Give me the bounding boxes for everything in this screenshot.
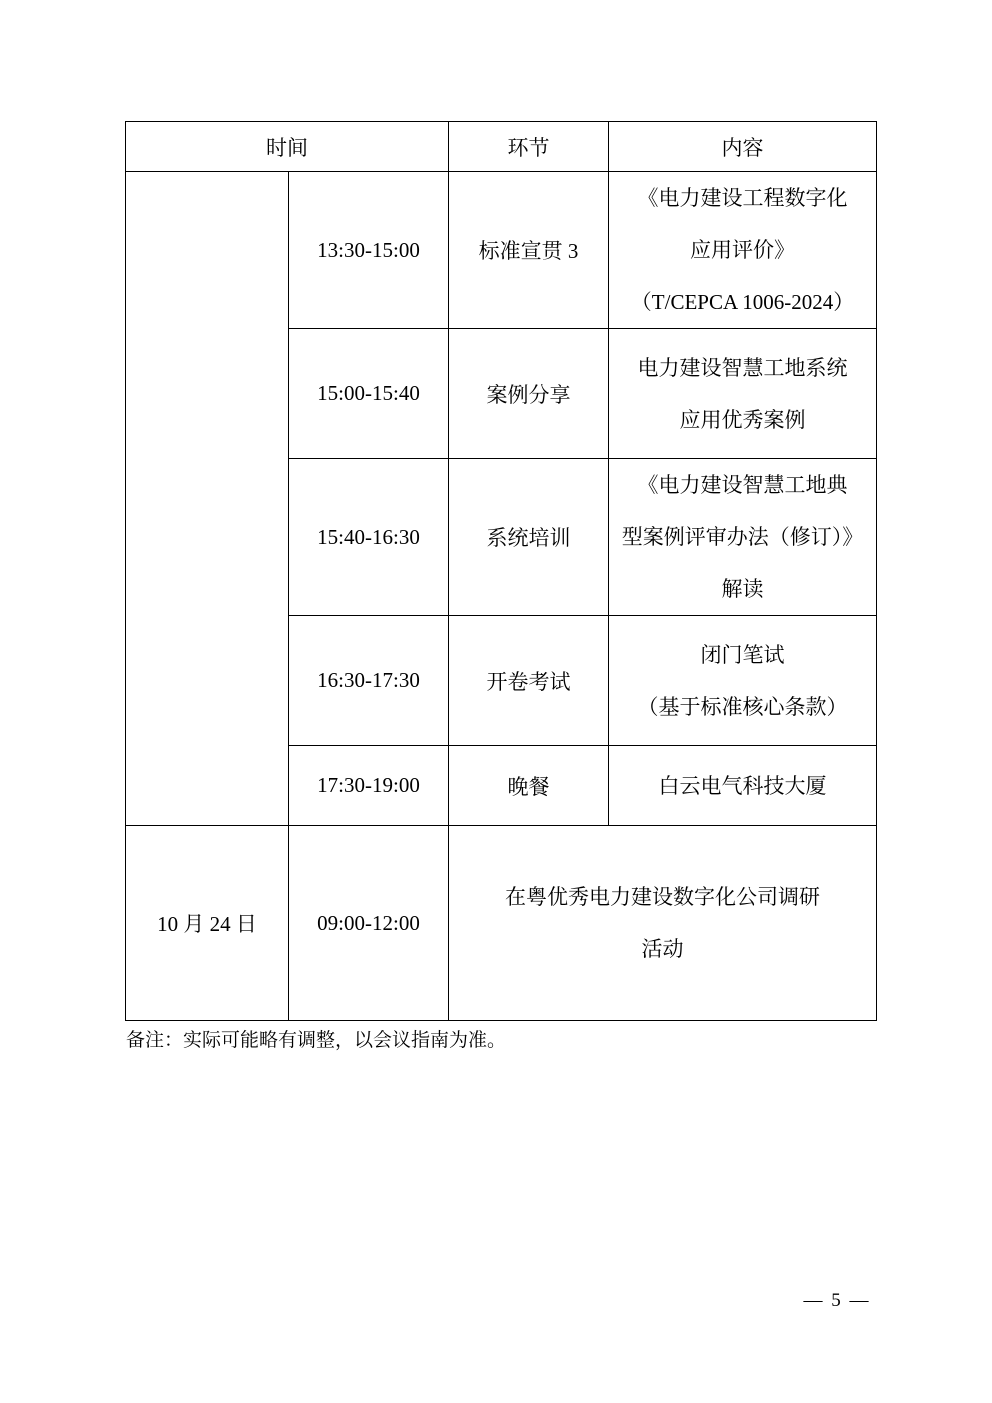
time-cell: 15:00-15:40 [289, 329, 449, 459]
time-cell: 16:30-17:30 [289, 616, 449, 746]
content-cell: 《电力建设智慧工地典型案例评审办法（修订）》解读 [609, 459, 877, 616]
session-cell: 晚餐 [449, 746, 609, 826]
page-number: — 5 — [772, 1290, 902, 1312]
session-cell: 标准宣贯 3 [449, 172, 609, 329]
content-cell: 电力建设智慧工地系统应用优秀案例 [609, 329, 877, 459]
time-cell: 13:30-15:00 [289, 172, 449, 329]
time-cell: 09:00-12:00 [289, 826, 449, 1021]
header-session: 环节 [449, 122, 609, 172]
date-cell: 10 月 24 日 [126, 826, 289, 1021]
time-cell: 17:30-19:00 [289, 746, 449, 826]
schedule-table: 时间 环节 内容 13:30-15:00 标准宣贯 3 《电力建设工程数字化应用… [125, 121, 877, 1021]
session-cell: 系统培训 [449, 459, 609, 616]
header-time: 时间 [126, 122, 449, 172]
table-row: 13:30-15:00 标准宣贯 3 《电力建设工程数字化应用评价》（T/CEP… [126, 172, 877, 329]
session-cell: 开卷考试 [449, 616, 609, 746]
header-content: 内容 [609, 122, 877, 172]
time-cell: 15:40-16:30 [289, 459, 449, 616]
document-page: 时间 环节 内容 13:30-15:00 标准宣贯 3 《电力建设工程数字化应用… [0, 0, 992, 1403]
header-row: 时间 环节 内容 [126, 122, 877, 172]
date-cell-empty [126, 172, 289, 826]
content-cell: 白云电气科技大厦 [609, 746, 877, 826]
session-cell: 案例分享 [449, 329, 609, 459]
content-cell: 闭门笔试（基于标准核心条款） [609, 616, 877, 746]
content-cell: 《电力建设工程数字化应用评价》（T/CEPCA 1006-2024） [609, 172, 877, 329]
table-row: 10 月 24 日 09:00-12:00 在粤优秀电力建设数字化公司调研活动 [126, 826, 877, 1021]
footnote: 备注：实际可能略有调整，以会议指南为准。 [126, 1028, 506, 1054]
content-cell-merged: 在粤优秀电力建设数字化公司调研活动 [449, 826, 877, 1021]
